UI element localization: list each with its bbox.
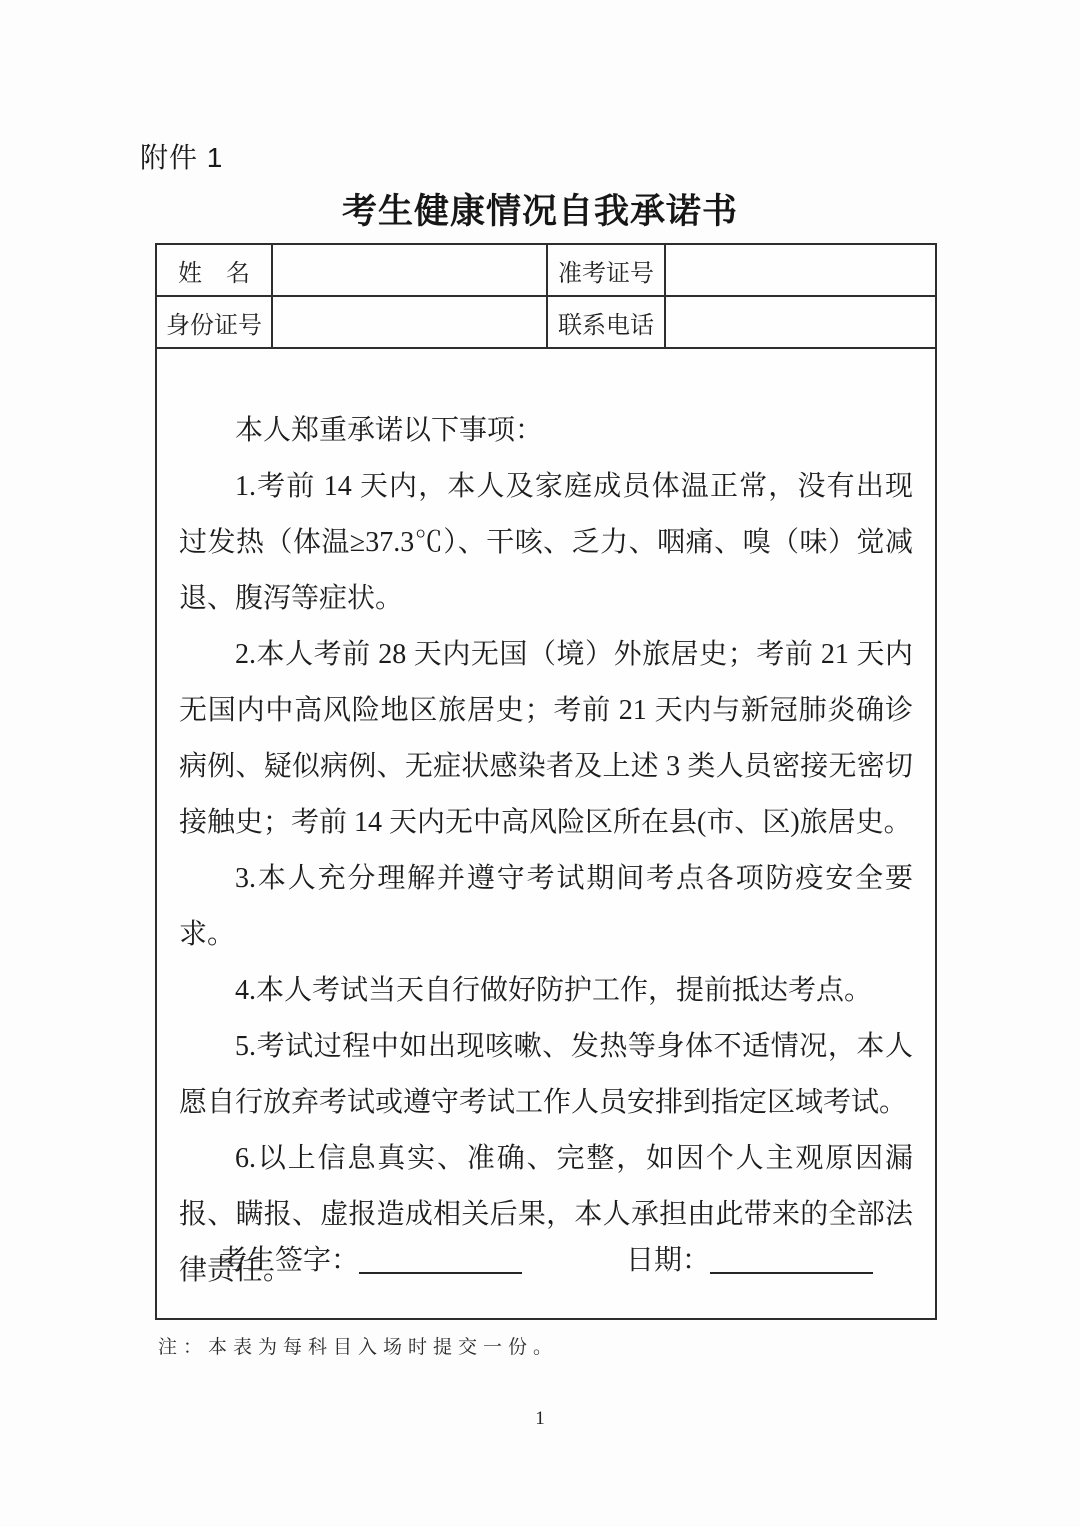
date-group: 日期： bbox=[626, 1245, 873, 1276]
signature-line bbox=[359, 1244, 522, 1274]
form-table: 姓 名 准考证号 身份证号 联系电话 本人郑重承诺以下事项： 1.考前 14 天… bbox=[155, 243, 937, 1320]
signature-label: 考生签字： bbox=[219, 1245, 359, 1276]
name-label: 姓 名 bbox=[157, 245, 273, 297]
attachment-label: 附件 1 bbox=[140, 136, 223, 176]
info-grid: 姓 名 准考证号 身份证号 联系电话 bbox=[157, 245, 935, 349]
signature-row: 考生签字：日期： bbox=[157, 1233, 935, 1289]
date-line bbox=[710, 1244, 873, 1274]
phone-label: 联系电话 bbox=[548, 297, 666, 349]
admission-ticket-value-cell bbox=[666, 245, 935, 297]
pledge-item-2: 2.本人考前 28 天内无国（境）外旅居史；考前 21 天内无国内中高风险地区旅… bbox=[179, 627, 913, 851]
pledge-item-1: 1.考前 14 天内，本人及家庭成员体温正常，没有出现过发热（体温≥37.3℃）… bbox=[179, 459, 913, 627]
page-title: 考生健康情况自我承诺书 bbox=[0, 184, 1080, 234]
name-value-cell bbox=[273, 245, 548, 297]
date-label: 日期： bbox=[626, 1245, 710, 1276]
pledge-item-3: 3.本人充分理解并遵守考试期间考点各项防疫安全要求。 bbox=[179, 851, 913, 963]
pledge-item-5: 5.考试过程中如出现咳嗽、发热等身体不适情况，本人愿自行放弃考试或遵守考试工作人… bbox=[179, 1019, 913, 1131]
id-number-value-cell bbox=[273, 297, 548, 349]
admission-ticket-label: 准考证号 bbox=[548, 245, 666, 297]
pledge-intro: 本人郑重承诺以下事项： bbox=[179, 403, 913, 459]
id-number-label: 身份证号 bbox=[157, 297, 273, 349]
page-number: 1 bbox=[0, 1408, 1080, 1430]
phone-value-cell bbox=[666, 297, 935, 349]
pledge-item-4: 4.本人考试当天自行做好防护工作，提前抵达考点。 bbox=[179, 963, 913, 1019]
footnote: 注：本表为每科目入场时提交一份。 bbox=[158, 1332, 558, 1359]
pledge-body: 本人郑重承诺以下事项： 1.考前 14 天内，本人及家庭成员体温正常，没有出现过… bbox=[157, 349, 935, 1299]
